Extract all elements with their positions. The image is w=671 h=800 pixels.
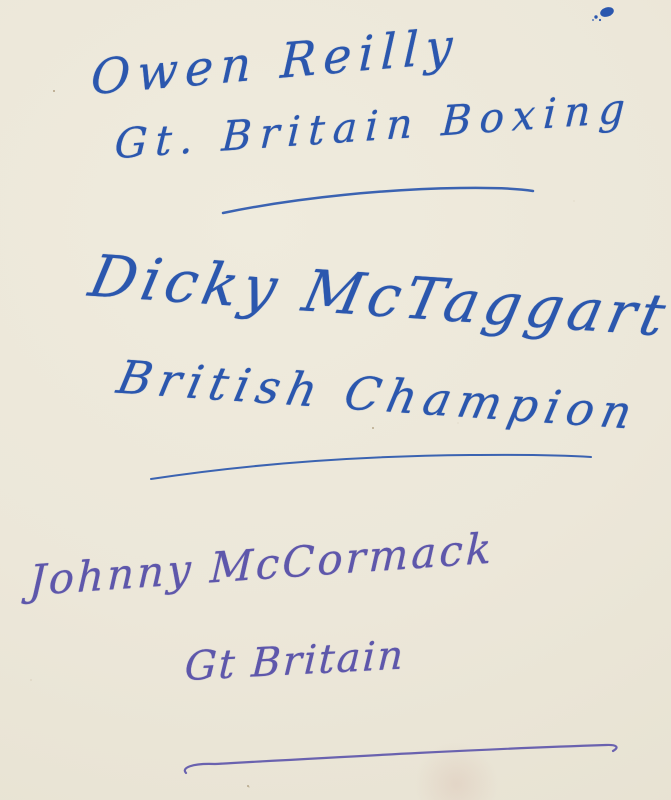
signature-johnny-mccormack-title: Gt Britain (184, 632, 407, 690)
signature-owen-reilly-name: Owen Reilly (90, 18, 460, 107)
autograph-page: Owen Reilly Gt. Britain Boxing Dicky McT… (0, 0, 671, 800)
signature-johnny-mccormack-name: Johnny McCormack (28, 523, 495, 605)
underline-flourish-2 (151, 455, 591, 479)
ink-blot (592, 5, 615, 21)
paper-specks (53, 90, 55, 92)
signature-dicky-mctaggart-name: Dicky McTaggart (84, 242, 671, 350)
underline-flourish-1 (223, 188, 533, 213)
underline-flourish-3 (185, 745, 617, 773)
signature-dicky-mctaggart-title: British Champion (113, 350, 644, 440)
